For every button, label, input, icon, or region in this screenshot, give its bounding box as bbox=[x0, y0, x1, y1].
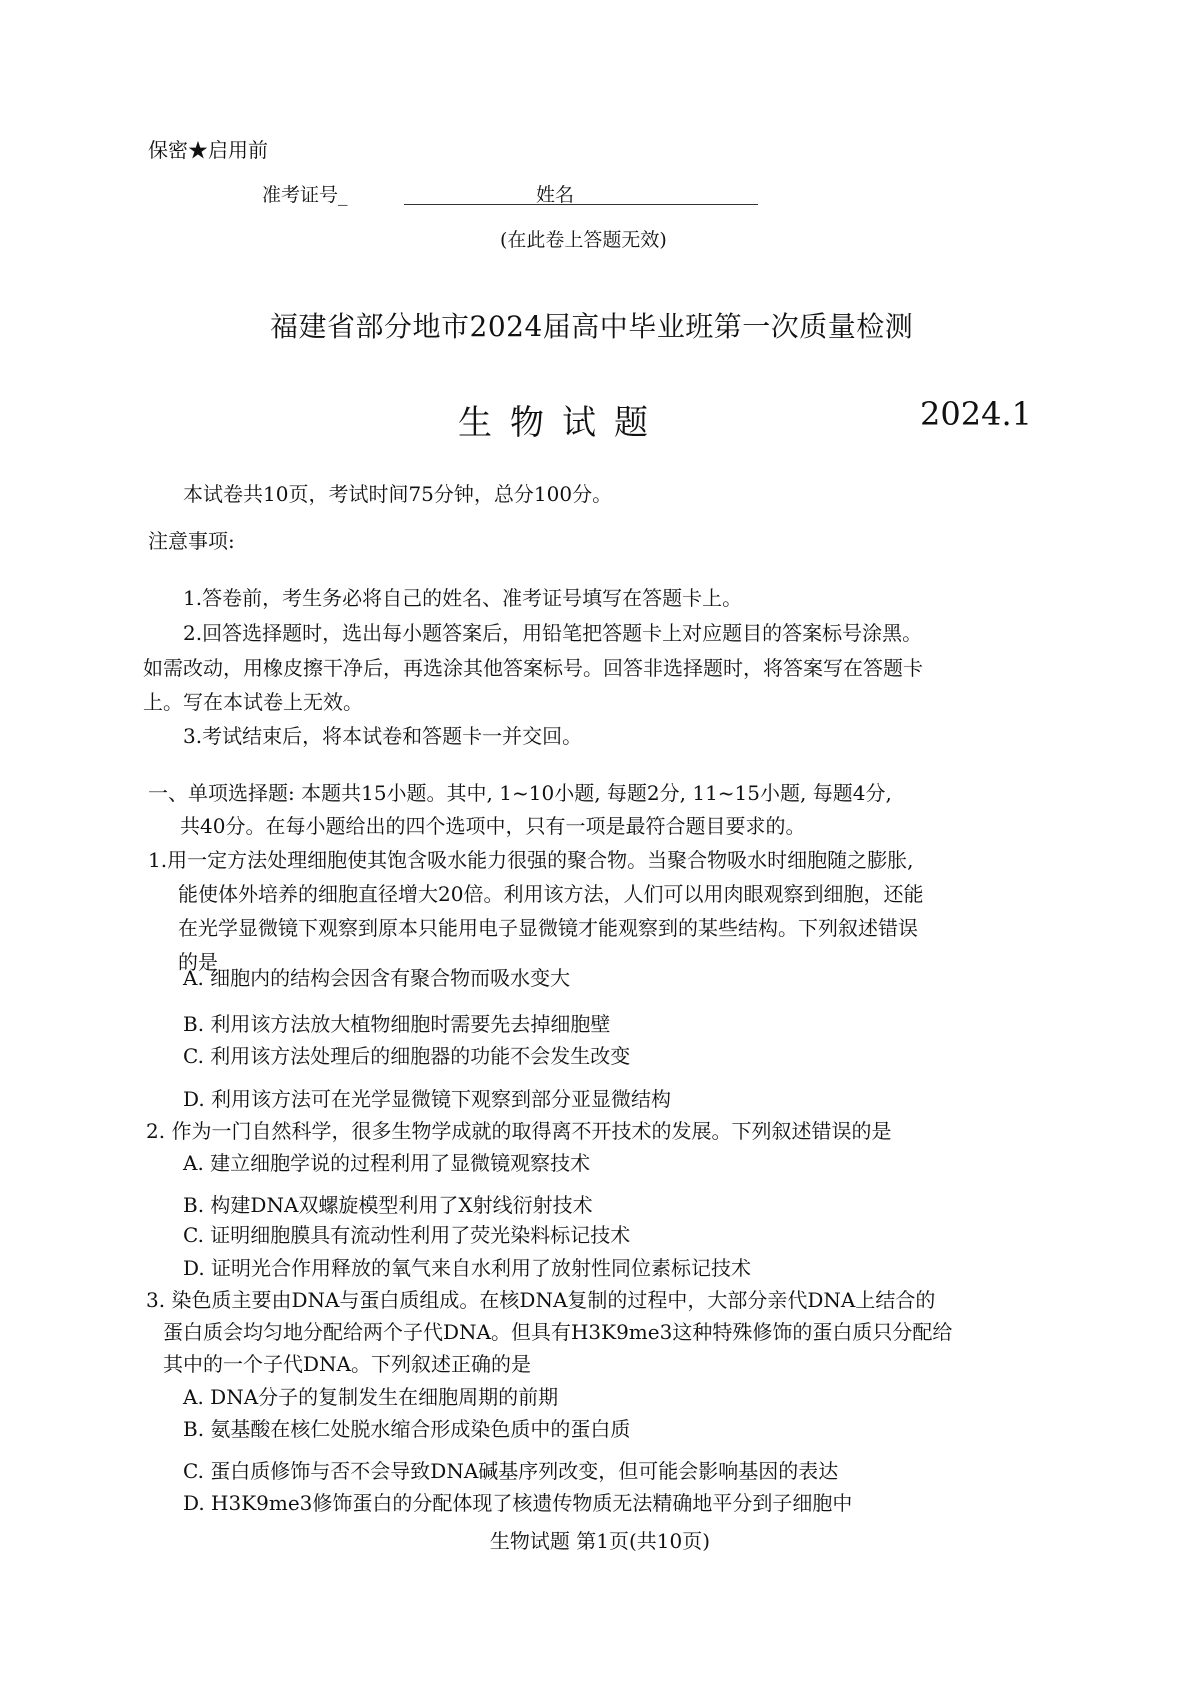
question-3-option-c: C. 蛋白质修饰与否不会导致DNA碱基序列改变，但可能会影响基因的表达 bbox=[183, 1455, 838, 1484]
question-1-stem: 在光学显微镜下观察到原本只能用电子显微镜才能观察到的某些结构。下列叙述错误 bbox=[178, 912, 918, 941]
invalid-note: (在此卷上答题无效) bbox=[500, 225, 667, 252]
question-1-stem: 1.用一定方法处理细胞使其饱含吸水能力很强的聚合物。当聚合物吸水时细胞随之膨胀, bbox=[148, 844, 913, 873]
page-footer: 生物试题 第1页(共10页) bbox=[0, 1525, 1200, 1554]
question-2-option-d: D. 证明光合作用释放的氧气来自水利用了放射性同位素标记技术 bbox=[183, 1252, 751, 1281]
question-3-option-a: A. DNA分子的复制发生在细胞周期的前期 bbox=[183, 1381, 558, 1410]
question-1-option-b: B. 利用该方法放大植物细胞时需要先去掉细胞壁 bbox=[183, 1008, 610, 1037]
section-heading-cont: 共40分。在每小题给出的四个选项中，只有一项是最符合题目要求的。 bbox=[180, 810, 805, 839]
exam-info: 本试卷共10页，考试时间75分钟，总分100分。 bbox=[183, 478, 612, 507]
confidential-label: 保密★启用前 bbox=[148, 134, 268, 163]
notice-line: 2.回答选择题时，选出每小题答案后，用铅笔把答题卡上对应题目的答案标号涂黑。 bbox=[183, 617, 922, 646]
exam-number-label: 准考证号_ bbox=[262, 180, 348, 207]
notice-heading: 注意事项: bbox=[148, 525, 235, 554]
section-heading: 一、单项选择题: 本题共15小题。其中, 1~10小题, 每题2分, 11~15… bbox=[148, 777, 892, 806]
exam-date: 2024.1 bbox=[920, 395, 1032, 433]
question-3-stem: 蛋白质会均匀地分配给两个子代DNA。但具有H3K9me3这种特殊修饰的蛋白质只分… bbox=[163, 1316, 952, 1345]
notice-line: 如需改动，用橡皮擦干净后，再选涂其他答案标号。回答非选择题时，将答案写在答题卡 bbox=[143, 652, 923, 681]
name-label: 姓名 bbox=[536, 180, 574, 207]
question-1-option-c: C. 利用该方法处理后的细胞器的功能不会发生改变 bbox=[183, 1040, 630, 1069]
question-3-option-d: D. H3K9me3修饰蛋白的分配体现了核遗传物质无法精确地平分到子细胞中 bbox=[183, 1487, 852, 1516]
question-2-option-c: C. 证明细胞膜具有流动性利用了荧光染料标记技术 bbox=[183, 1219, 630, 1248]
notice-line: 上。写在本试卷上无效。 bbox=[143, 686, 363, 715]
question-3-stem: 3. 染色质主要由DNA与蛋白质组成。在核DNA复制的过程中，大部分亲代DNA上… bbox=[146, 1284, 935, 1313]
question-2-option-a: A. 建立细胞学说的过程利用了显微镜观察技术 bbox=[183, 1147, 590, 1176]
question-3-option-b: B. 氨基酸在核仁处脱水缩合形成染色质中的蛋白质 bbox=[183, 1413, 630, 1442]
question-1-option-d: D. 利用该方法可在光学显微镜下观察到部分亚显微结构 bbox=[183, 1083, 671, 1112]
exam-title: 福建省部分地市2024届高中毕业班第一次质量检测 bbox=[270, 305, 913, 345]
notice-line: 3.考试结束后，将本试卷和答题卡一并交回。 bbox=[183, 720, 582, 749]
question-1-option-a: A. 细胞内的结构会因含有聚合物而吸水变大 bbox=[183, 962, 570, 991]
subject-title: 生物试题 bbox=[458, 395, 666, 444]
question-2-option-b: B. 构建DNA双螺旋模型利用了X射线衍射技术 bbox=[183, 1189, 593, 1218]
question-2-stem: 2. 作为一门自然科学，很多生物学成就的取得离不开技术的发展。下列叙述错误的是 bbox=[146, 1115, 891, 1144]
question-1-stem: 能使体外培养的细胞直径增大20倍。利用该方法，人们可以用肉眼观察到细胞，还能 bbox=[178, 878, 923, 907]
name-field-line: 姓名 bbox=[404, 180, 758, 205]
question-3-stem: 其中的一个子代DNA。下列叙述正确的是 bbox=[163, 1348, 531, 1377]
notice-line: 1.答卷前，考生务必将自己的姓名、准考证号填写在答题卡上。 bbox=[183, 582, 742, 611]
